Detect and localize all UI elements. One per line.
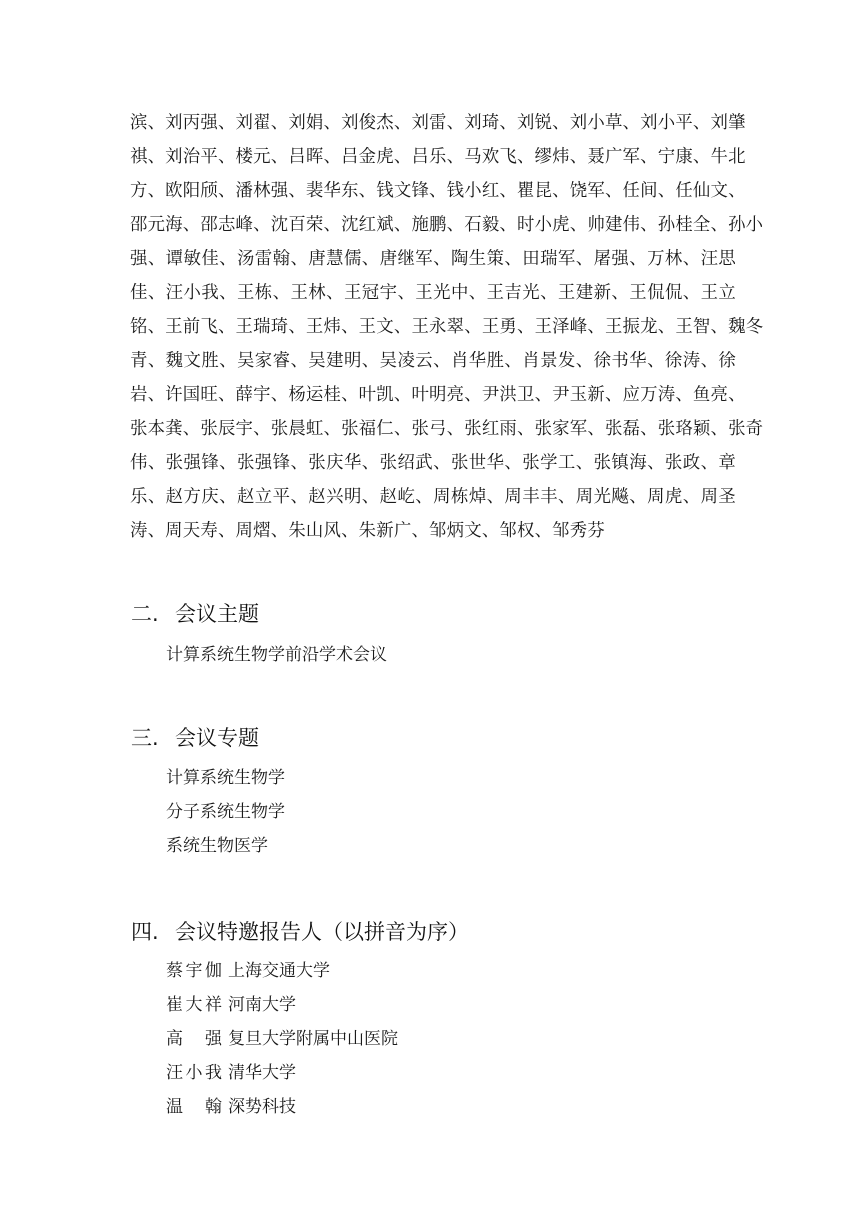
section-number: 四.	[131, 918, 175, 946]
attendee-name-list: 滨、刘丙强、刘翟、刘娟、刘俊杰、刘雷、刘琦、刘锐、刘小草、刘小平、刘肇 祺、刘治…	[130, 106, 736, 548]
theme-item: 计算系统生物学前沿学术会议	[166, 643, 387, 667]
speaker-item: 蔡宇伽上海交通大学	[166, 959, 330, 983]
topic-item: 分子系统生物学	[166, 800, 285, 824]
speaker-affiliation: 河南大学	[228, 995, 296, 1015]
speaker-name: 高强	[166, 1027, 222, 1051]
section-title: 会议专题	[175, 726, 259, 750]
attendee-line: 祺、刘治平、楼元、吕晖、吕金虎、吕乐、马欢飞、缪炜、聂广军、宁康、牛北	[130, 140, 736, 174]
attendee-line: 滨、刘丙强、刘翟、刘娟、刘俊杰、刘雷、刘琦、刘锐、刘小草、刘小平、刘肇	[130, 106, 736, 140]
attendee-line: 铭、王前飞、王瑞琦、王炜、王文、王永翠、王勇、王泽峰、王振龙、王智、魏冬	[130, 310, 736, 344]
section-heading-theme: 二.会议主题	[131, 600, 259, 628]
attendee-line: 青、魏文胜、吴家睿、吴建明、吴凌云、肖华胜、肖景发、徐书华、徐涛、徐	[130, 344, 736, 378]
attendee-line: 佳、汪小我、王栋、王林、王冠宇、王光中、王吉光、王建新、王侃侃、王立	[130, 276, 736, 310]
attendee-line: 张本龚、张辰宇、张晨虹、张福仁、张弓、张红雨、张家军、张磊、张珞颖、张奇	[130, 412, 736, 446]
speaker-name: 蔡宇伽	[166, 959, 222, 983]
speaker-item: 温翰深势科技	[166, 1095, 296, 1119]
speaker-item: 汪小我清华大学	[166, 1061, 296, 1085]
attendee-line: 伟、张强锋、张强锋、张庆华、张绍武、张世华、张学工、张镇海、张政、章	[130, 446, 736, 480]
speaker-name: 崔大祥	[166, 993, 222, 1017]
speaker-name: 温翰	[166, 1095, 222, 1119]
section-number: 二.	[131, 600, 175, 628]
section-title: 会议主题	[175, 602, 259, 626]
section-title: 会议特邀报告人（以拼音为序）	[175, 920, 469, 944]
speaker-item: 高强复旦大学附属中山医院	[166, 1027, 398, 1051]
speaker-name: 汪小我	[166, 1061, 222, 1085]
speaker-affiliation: 深势科技	[228, 1097, 296, 1117]
attendee-line: 方、欧阳颀、潘林强、裴华东、钱文锋、钱小红、瞿昆、饶军、任间、任仙文、	[130, 174, 736, 208]
speaker-affiliation: 复旦大学附属中山医院	[228, 1029, 398, 1049]
attendee-line: 乐、赵方庆、赵立平、赵兴明、赵屹、周栋焯、周丰丰、周光飚、周虎、周圣	[130, 480, 736, 514]
section-heading-speakers: 四.会议特邀报告人（以拼音为序）	[131, 918, 469, 946]
attendee-line: 邵元海、邵志峰、沈百荣、沈红斌、施鹏、石毅、时小虎、帅建伟、孙桂全、孙小	[130, 208, 736, 242]
section-heading-topics: 三.会议专题	[131, 724, 259, 752]
speaker-affiliation: 上海交通大学	[228, 961, 330, 981]
speaker-item: 崔大祥河南大学	[166, 993, 296, 1017]
topic-item: 系统生物医学	[166, 834, 268, 858]
speaker-affiliation: 清华大学	[228, 1063, 296, 1083]
attendee-line: 强、谭敏佳、汤雷翰、唐慧儒、唐继军、陶生策、田瑞军、屠强、万林、汪思	[130, 242, 736, 276]
attendee-line: 岩、许国旺、薛宇、杨运桂、叶凯、叶明亮、尹洪卫、尹玉新、应万涛、鱼亮、	[130, 378, 736, 412]
attendee-line: 涛、周天寿、周熠、朱山风、朱新广、邹炳文、邹权、邹秀芬	[130, 514, 736, 548]
section-number: 三.	[131, 724, 175, 752]
topic-item: 计算系统生物学	[166, 766, 285, 790]
